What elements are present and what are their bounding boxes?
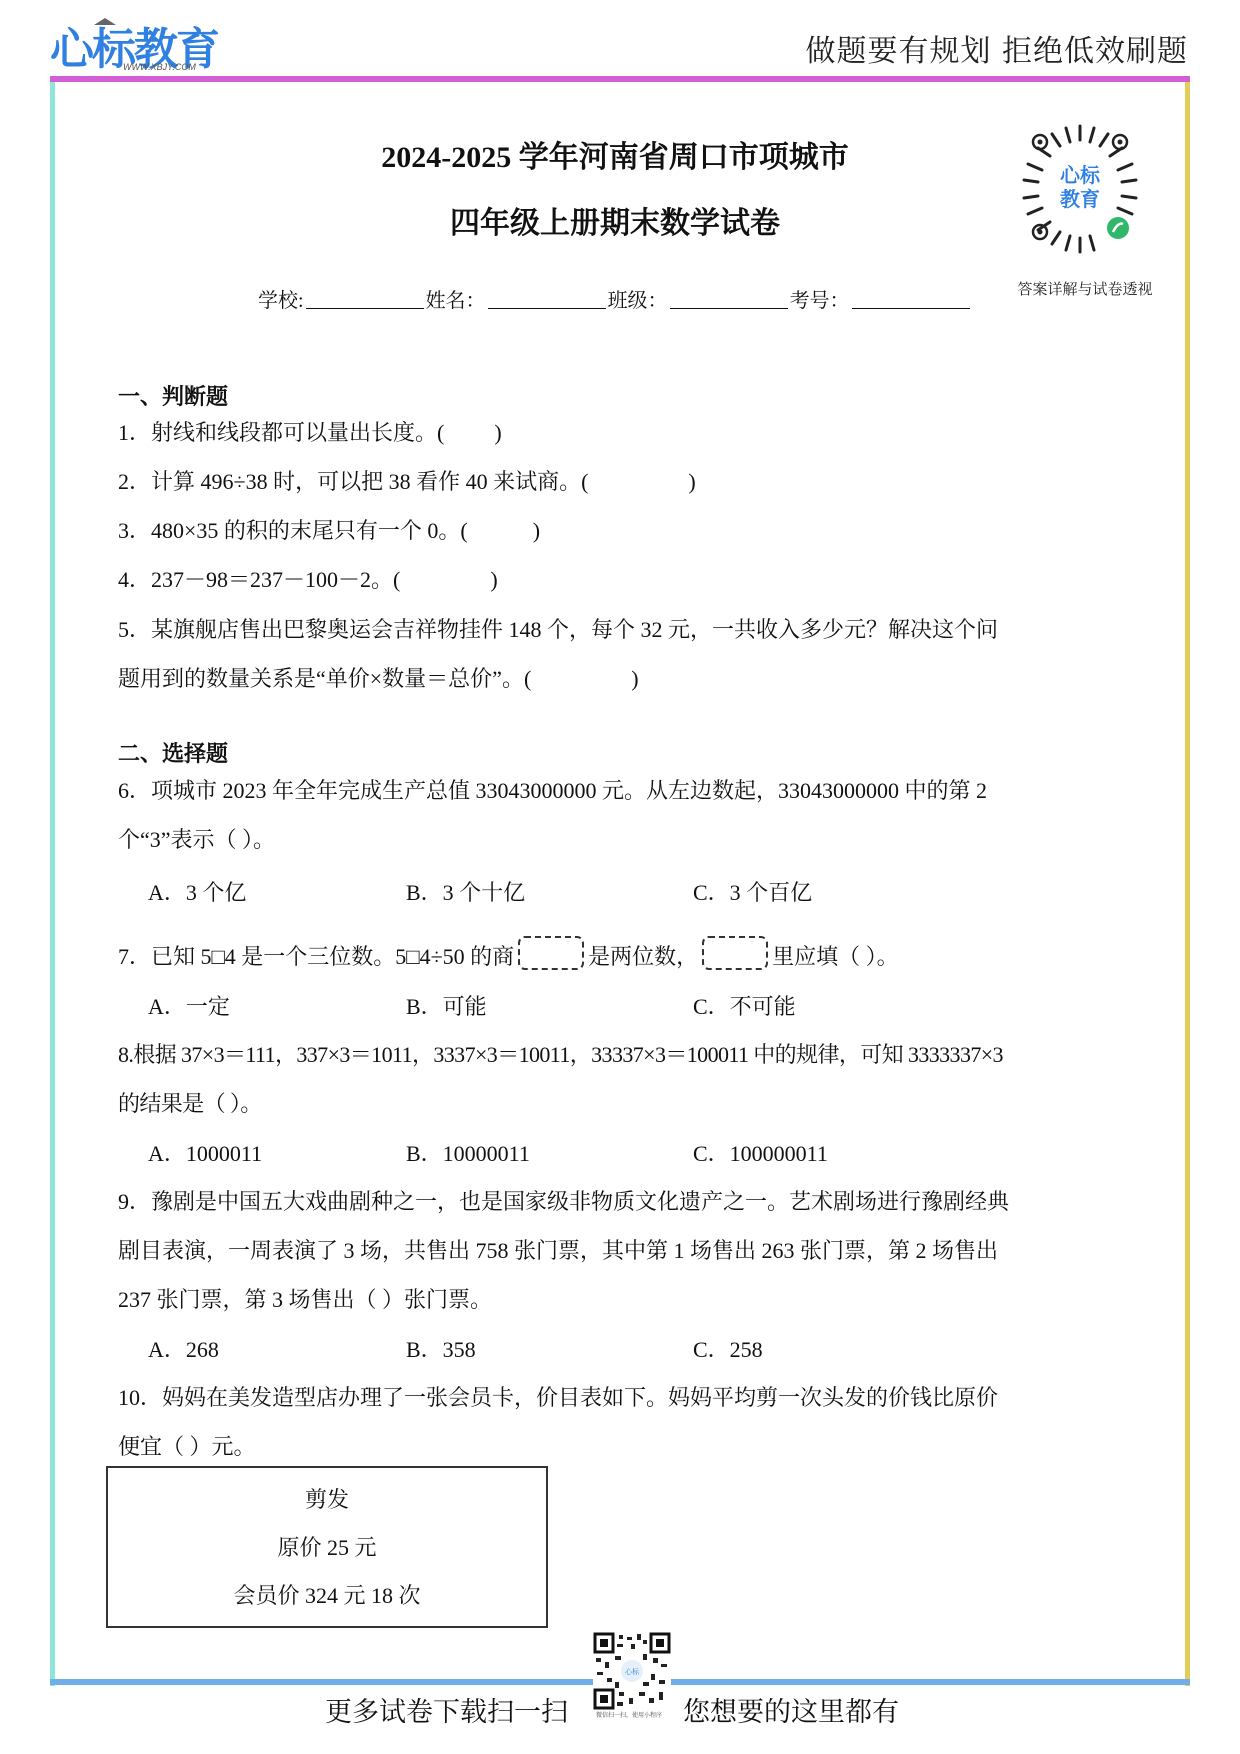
- question-4: 4．237－98＝237－100－2。(): [118, 555, 1128, 604]
- school-label: 学校:: [258, 284, 304, 313]
- class-label: 班级：: [608, 284, 668, 313]
- logo-url: WWW.XBJY.COM: [123, 62, 196, 72]
- frame-left-bar: [50, 82, 55, 1686]
- graduation-cap-icon: [94, 18, 116, 25]
- svg-text:教育: 教育: [1060, 187, 1100, 211]
- option-c[interactable]: C．不可能: [693, 990, 796, 1021]
- school-field[interactable]: [306, 290, 424, 309]
- answer-blank[interactable]: ): [490, 567, 497, 592]
- option-a[interactable]: A．1000011: [148, 1137, 262, 1168]
- question-8: 8.根据 37×3＝111，337×3＝1011，3337×3＝10011，33…: [118, 1030, 1128, 1128]
- question-2: 2．计算 496÷38 时，可以把 38 看作 40 来试商。(): [118, 457, 1128, 506]
- svg-text:心标: 心标: [625, 1667, 640, 1676]
- question-6: 6．项城市 2023 年全年完成生产总值 33043000000 元。从左边数起…: [118, 766, 1128, 864]
- section-heading-multiple-choice: 二、选择题: [118, 737, 228, 768]
- student-info-line: 学校: 姓名： 班级： 考号：: [258, 284, 972, 313]
- brand-logo: 心标教育 WWW.XBJY.COM: [50, 22, 218, 74]
- option-b[interactable]: B．3 个十亿: [406, 876, 525, 907]
- price-box-title: 剪发: [108, 1476, 546, 1524]
- option-a[interactable]: A．3 个亿: [148, 876, 246, 907]
- question-5: 5．某旗舰店售出巴黎奥运会吉祥物挂件 148 个，每个 32 元，一共收入多少元…: [118, 605, 1128, 703]
- svg-text:心标: 心标: [1060, 163, 1101, 187]
- answer-blank[interactable]: ): [533, 518, 540, 543]
- name-label: 姓名：: [426, 284, 486, 313]
- option-a[interactable]: A．一定: [148, 990, 230, 1021]
- qr-code-icon: 心标 教育: [1010, 120, 1150, 260]
- frame-top-bar: [50, 76, 1190, 82]
- placeholder-box-icon: [518, 936, 584, 970]
- option-b[interactable]: B．358: [406, 1333, 476, 1364]
- footer-qr-caption: 微信扫一扫，使用小程序: [596, 1710, 662, 1719]
- frame-right-bar: [1185, 82, 1190, 1686]
- answer-blank[interactable]: ): [631, 666, 638, 691]
- option-b[interactable]: B．10000011: [406, 1137, 530, 1168]
- option-c[interactable]: C．100000011: [693, 1137, 828, 1168]
- question-7: 7．已知 5□4 是一个三位数。5□4÷50 的商是两位数，里应填（ ）。: [118, 932, 1128, 981]
- answer-blank[interactable]: ): [494, 420, 501, 445]
- price-list-box: 剪发 原价 25 元 会员价 324 元 18 次: [106, 1466, 548, 1628]
- footer-left-text: 更多试卷下载扫一扫: [325, 1690, 568, 1729]
- qr-code-icon: 心标: [593, 1632, 671, 1710]
- class-field[interactable]: [670, 290, 788, 309]
- placeholder-box-icon: [702, 936, 768, 970]
- question-1: 1．射线和线段都可以量出长度。(): [118, 408, 1128, 457]
- header-slogan: 做题要有规划 拒绝低效刷题: [805, 26, 1188, 70]
- mini-program-qr-code[interactable]: 心标 教育: [1010, 120, 1150, 260]
- qr-caption: 答案详解与试卷透视: [990, 278, 1180, 299]
- footer-qr-code[interactable]: 心标: [593, 1632, 671, 1710]
- answer-blank[interactable]: ): [688, 469, 695, 494]
- exam-no-field[interactable]: [852, 290, 970, 309]
- option-a[interactable]: A．268: [148, 1333, 219, 1364]
- price-box-original: 原价 25 元: [108, 1524, 546, 1572]
- question-10: 10．妈妈在美发造型店办理了一张会员卡，价目表如下。妈妈平均剪一次头发的价钱比原…: [118, 1373, 1128, 1471]
- option-c[interactable]: C．3 个百亿: [693, 876, 812, 907]
- price-box-member: 会员价 324 元 18 次: [108, 1572, 546, 1620]
- question-9: 9．豫剧是中国五大戏曲剧种之一，也是国家级非物质文化遗产之一。艺术剧场进行豫剧经…: [118, 1177, 1128, 1324]
- section-heading-true-false: 一、判断题: [118, 380, 228, 411]
- option-c[interactable]: C．258: [693, 1333, 763, 1364]
- name-field[interactable]: [488, 290, 606, 309]
- question-3: 3．480×35 的积的末尾只有一个 0。(): [118, 506, 1128, 555]
- option-b[interactable]: B．可能: [406, 990, 487, 1021]
- footer-right-text: 您想要的这里都有: [683, 1690, 899, 1729]
- exam-no-label: 考号：: [790, 284, 850, 313]
